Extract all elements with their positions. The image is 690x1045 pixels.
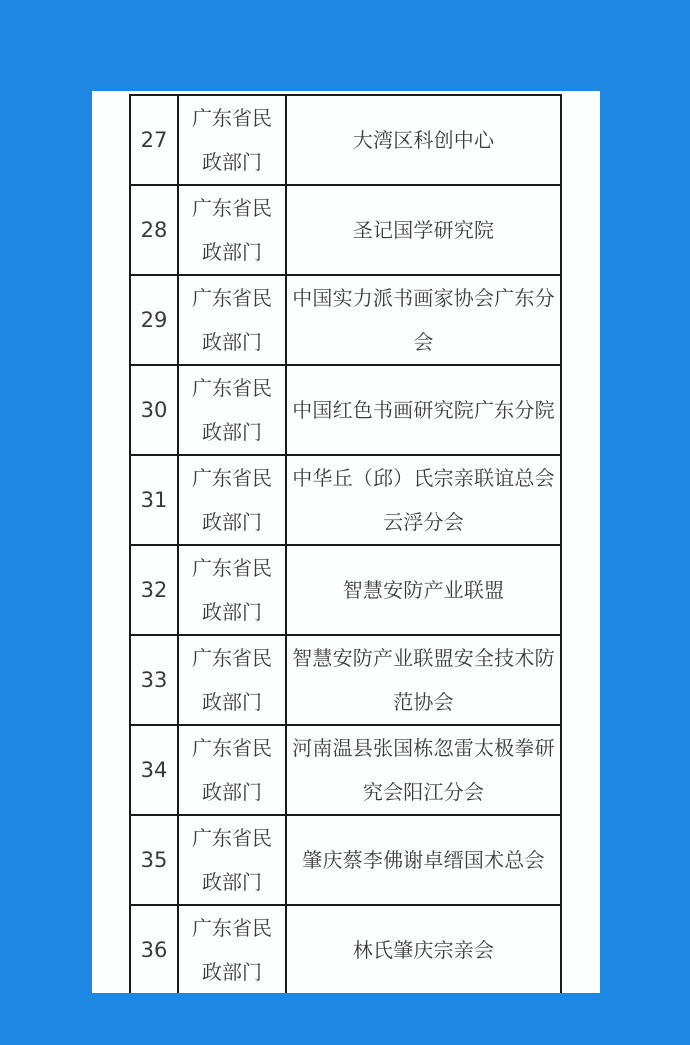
table-row: 30 广东省民政部门 中国红色书画研究院广东分院: [130, 365, 561, 455]
row-number: 31: [130, 455, 178, 545]
department-line-2: 政部门: [179, 680, 285, 724]
organization-name-cell: 肇庆蔡李佛谢卓缙国术总会: [286, 815, 561, 905]
organization-name: 智慧安防产业联盟安全技术防范协会: [287, 636, 560, 724]
department-line-2: 政部门: [179, 500, 285, 544]
department-line-2: 政部门: [179, 770, 285, 814]
row-number: 30: [130, 365, 178, 455]
organization-name: 中国实力派书画家协会广东分会: [287, 276, 560, 364]
table-row: 29 广东省民政部门 中国实力派书画家协会广东分会: [130, 275, 561, 365]
organization-name: 智慧安防产业联盟: [287, 568, 560, 612]
row-number: 29: [130, 275, 178, 365]
row-number: 36: [130, 905, 178, 993]
department-cell: 广东省民政部门: [178, 275, 286, 365]
organization-name-cell: 中国实力派书画家协会广东分会: [286, 275, 561, 365]
organization-name-cell: 中华丘（邱）氏宗亲联谊总会云浮分会: [286, 455, 561, 545]
organization-name-cell: 圣记国学研究院: [286, 185, 561, 275]
organization-name: 大湾区科创中心: [287, 118, 560, 162]
organization-name: 肇庆蔡李佛谢卓缙国术总会: [287, 838, 560, 882]
organization-name-cell: 智慧安防产业联盟安全技术防范协会: [286, 635, 561, 725]
department-line-1: 广东省民: [179, 546, 285, 590]
organizations-table: 27 广东省民政部门 大湾区科创中心 28 广东省民政部门 圣记国学研究院 29…: [129, 94, 562, 993]
table-row: 34 广东省民政部门 河南温县张国栋忽雷太极拳研究会阳江分会: [130, 725, 561, 815]
department-cell: 广东省民政部门: [178, 635, 286, 725]
department-cell: 广东省民政部门: [178, 185, 286, 275]
row-number: 33: [130, 635, 178, 725]
department-line-1: 广东省民: [179, 366, 285, 410]
department-line-1: 广东省民: [179, 186, 285, 230]
department-cell: 广东省民政部门: [178, 95, 286, 185]
document-page: 27 广东省民政部门 大湾区科创中心 28 广东省民政部门 圣记国学研究院 29…: [92, 91, 600, 993]
organization-name-cell: 河南温县张国栋忽雷太极拳研究会阳江分会: [286, 725, 561, 815]
table-row: 32 广东省民政部门 智慧安防产业联盟: [130, 545, 561, 635]
table-row: 27 广东省民政部门 大湾区科创中心: [130, 95, 561, 185]
row-number: 34: [130, 725, 178, 815]
organization-name: 圣记国学研究院: [287, 208, 560, 252]
row-number: 32: [130, 545, 178, 635]
table-row: 36 广东省民政部门 林氏肇庆宗亲会: [130, 905, 561, 993]
row-number: 28: [130, 185, 178, 275]
department-line-1: 广东省民: [179, 906, 285, 950]
department-line-2: 政部门: [179, 140, 285, 184]
organization-name: 中华丘（邱）氏宗亲联谊总会云浮分会: [287, 456, 560, 544]
department-cell: 广东省民政部门: [178, 815, 286, 905]
department-cell: 广东省民政部门: [178, 725, 286, 815]
department-line-2: 政部门: [179, 230, 285, 274]
department-line-1: 广东省民: [179, 96, 285, 140]
department-cell: 广东省民政部门: [178, 365, 286, 455]
row-number: 27: [130, 95, 178, 185]
department-line-1: 广东省民: [179, 456, 285, 500]
department-line-2: 政部门: [179, 410, 285, 454]
table-row: 33 广东省民政部门 智慧安防产业联盟安全技术防范协会: [130, 635, 561, 725]
department-line-2: 政部门: [179, 860, 285, 904]
department-line-2: 政部门: [179, 320, 285, 364]
organization-name: 林氏肇庆宗亲会: [287, 928, 560, 972]
organization-name: 中国红色书画研究院广东分院: [287, 388, 560, 432]
table-row: 31 广东省民政部门 中华丘（邱）氏宗亲联谊总会云浮分会: [130, 455, 561, 545]
row-number: 35: [130, 815, 178, 905]
department-line-1: 广东省民: [179, 636, 285, 680]
department-cell: 广东省民政部门: [178, 905, 286, 993]
organization-name-cell: 智慧安防产业联盟: [286, 545, 561, 635]
department-line-1: 广东省民: [179, 726, 285, 770]
department-line-1: 广东省民: [179, 816, 285, 860]
organization-name-cell: 中国红色书画研究院广东分院: [286, 365, 561, 455]
department-line-2: 政部门: [179, 590, 285, 634]
organization-name-cell: 大湾区科创中心: [286, 95, 561, 185]
department-cell: 广东省民政部门: [178, 545, 286, 635]
table-row: 28 广东省民政部门 圣记国学研究院: [130, 185, 561, 275]
table-row: 35 广东省民政部门 肇庆蔡李佛谢卓缙国术总会: [130, 815, 561, 905]
department-line-1: 广东省民: [179, 276, 285, 320]
organization-name: 河南温县张国栋忽雷太极拳研究会阳江分会: [287, 726, 560, 814]
department-line-2: 政部门: [179, 950, 285, 993]
department-cell: 广东省民政部门: [178, 455, 286, 545]
organization-name-cell: 林氏肇庆宗亲会: [286, 905, 561, 993]
